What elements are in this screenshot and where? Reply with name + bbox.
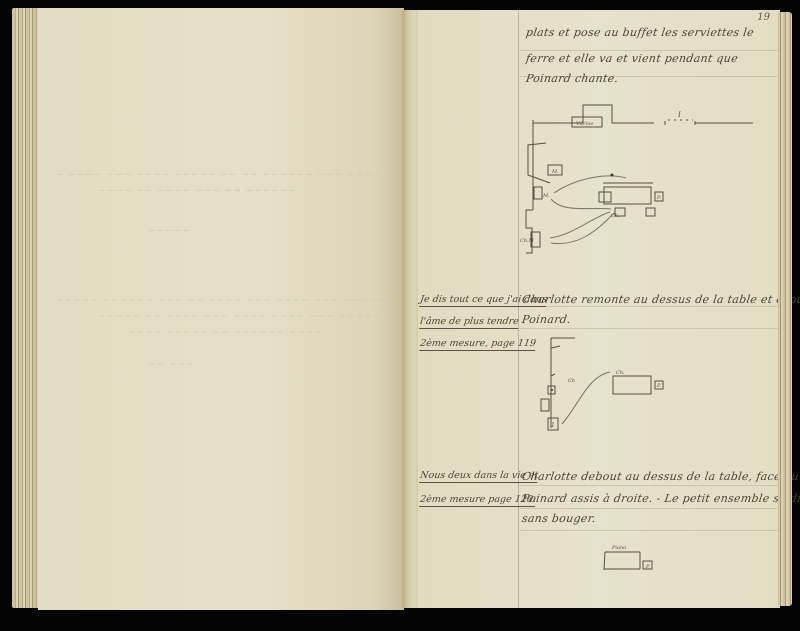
bleed-through-text: ~~~~~ <box>148 226 191 236</box>
bleed-through-text: ~ ~~~~ ~~~ ~~~~ ~~~~~ ~~ ~~ ~~~~~~ ~~~ ~… <box>56 170 419 180</box>
svg-text:P: P <box>645 564 650 570</box>
svg-text:Ch: Ch <box>568 378 575 384</box>
open-notebook: ~ ~~~~ ~~~ ~~~~ ~~~~~ ~~ ~~ ~~~~~~ ~~~ ~… <box>0 0 800 631</box>
ruling-line <box>518 530 780 531</box>
text-line: Charlotte debout au dessus de la table, … <box>521 470 800 483</box>
svg-text:M.: M. <box>551 169 559 175</box>
right-page: 19 plats et pose au buffet les serviette… <box>418 10 780 608</box>
margin-note: 2ème mesure, page 119 <box>419 338 537 351</box>
ruling-line <box>518 328 780 329</box>
svg-text:Ch.: Ch. <box>616 370 625 376</box>
left-page: ~ ~~~~ ~~~ ~~~~ ~~~~~ ~~ ~~ ~~~~~~ ~~~ ~… <box>38 8 404 610</box>
svg-text:Vitrine: Vitrine <box>576 121 593 127</box>
svg-text:1: 1 <box>551 422 555 429</box>
page-number: 19 <box>757 12 770 23</box>
stage-diagram-1: Vitrine I M. M. Ch. Ch.M P. <box>518 95 778 245</box>
text-line: Poinard assis à droite. - Le petit ensem… <box>521 492 800 505</box>
bleed-through-text: ~~~~~ ~~~~~~ ~~~ ~~ ~~~~ ~~~ ~~~~ ~~~ ~~… <box>56 296 394 306</box>
stage-diagram-2: 1 Ch Ch. P. <box>528 336 678 436</box>
ruling-line <box>518 508 780 509</box>
ruling-line <box>518 306 780 307</box>
bleed-through-text: ~~~~~ ~~ ~~~~ ~~~ ~~~~ ~~~~ ~~~ ~~~~~ <box>98 312 381 322</box>
svg-text:Ch.M: Ch.M <box>520 238 535 244</box>
bleed-through-text: ~~ ~~~ <box>148 360 195 370</box>
margin-note: l'âme de plus tendre <box>419 316 519 329</box>
text-line: Poinard chante. <box>525 72 619 85</box>
text-line: sans bouger. <box>521 512 597 525</box>
bleed-through-text: ~~~~ ~~~~~ ~~ ~~~~~~ ~~~~ <box>128 328 323 338</box>
text-line: Poinard. <box>521 313 572 326</box>
svg-text:Piano: Piano <box>611 545 626 551</box>
bleed-through-text: ~~~~ ~~ ~~~~ ~~~ ~~ ~~~~~~ <box>98 186 297 196</box>
margin-note: 2ème mesure page 120. <box>419 494 537 507</box>
text-line: plats et pose au buffet les serviettes l… <box>525 26 755 39</box>
svg-text:Ch.: Ch. <box>611 213 620 219</box>
ruling-line <box>518 50 780 51</box>
ruling-line <box>518 485 780 486</box>
svg-text:P.: P. <box>656 195 661 201</box>
text-line: ferre et elle va et vient pendant que <box>525 52 739 65</box>
stage-diagram-3: Piano P <box>598 540 678 580</box>
page-edge-stack-right <box>778 12 792 606</box>
svg-text:I: I <box>677 111 681 119</box>
svg-text:M.: M. <box>542 193 550 199</box>
svg-text:P.: P. <box>656 383 661 389</box>
text-line: Charlotte remonte au dessus de la table … <box>521 293 800 306</box>
